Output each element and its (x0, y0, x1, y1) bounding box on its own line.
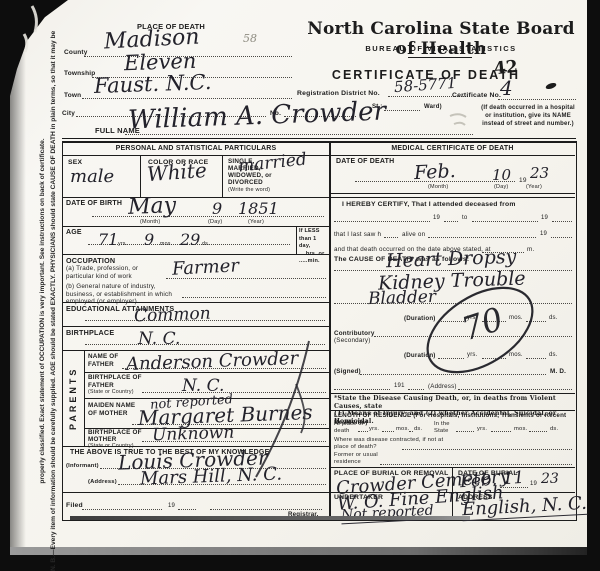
dob-day-value: 9 (212, 199, 222, 218)
age-months-value: 9 (144, 230, 154, 249)
dotted-line (210, 509, 322, 510)
dotted-line (382, 431, 394, 432)
dotted-line (360, 374, 546, 375)
age-years-value: 71 (98, 230, 118, 249)
dotted-line (92, 216, 324, 217)
certify-statement: I HEREBY CERTIFY, That I attended deceas… (342, 201, 516, 208)
dotted-line (82, 509, 162, 510)
occupation-a-label: (a) Trade, profession, or particular kin… (66, 265, 168, 280)
yrs-unit: yrs. (477, 426, 487, 432)
town-value: Faust. N.C. (94, 70, 212, 98)
in-state-label: In the State (434, 421, 460, 435)
occupation-label: OCCUPATION (66, 256, 115, 265)
dotted-line (438, 358, 464, 359)
year-prefix-191: 191 (394, 383, 405, 389)
scan-bottom-strip (10, 547, 587, 555)
occupation-value: Farmer (171, 255, 239, 279)
contributory-label: Contributory (334, 330, 375, 337)
last-saw-label: that I last saw h (334, 231, 381, 238)
birthplace-label: BIRTHPLACE (66, 328, 114, 337)
dotted-line (125, 134, 473, 135)
dotted-line (458, 389, 572, 390)
cell-divider (140, 155, 141, 197)
rule (330, 410, 575, 411)
dotted-line (182, 297, 326, 298)
day-sublabel: (Day) (494, 184, 508, 190)
mos-unit: mos. (514, 426, 527, 432)
city-label: City (62, 110, 75, 117)
margin-instructions-line1: N. B.—Every item of information should b… (48, 51, 59, 571)
ward-label: Ward) (424, 104, 442, 110)
dotted-line (491, 431, 511, 432)
rule (62, 492, 330, 493)
dotted-line (334, 221, 430, 222)
registration-district-label: Registration District No. (297, 90, 380, 97)
date-of-death-label: DATE OF DEATH (336, 158, 394, 165)
date-of-death-day: 10 (492, 166, 511, 184)
dotted-line (82, 98, 292, 99)
month-sublabel: (Month) (428, 184, 448, 190)
race-value: White (146, 158, 207, 186)
day-sublabel: (Day) (208, 219, 222, 225)
dotted-line (334, 303, 572, 304)
dotted-line (409, 431, 413, 432)
dob-year-value: 1851 (238, 199, 279, 218)
duration-label: (Duration) (404, 315, 436, 322)
father-birthplace-label: BIRTHPLACE OF FATHER (88, 374, 144, 389)
rule (62, 254, 330, 255)
yrs-unit: yrs. (118, 241, 127, 247)
scanned-death-certificate: properly classified. Exact statement of … (0, 0, 600, 571)
dotted-line (551, 237, 572, 238)
rule (84, 372, 330, 373)
year-prefix: 19 (540, 231, 547, 237)
if-less-label: If LESS than 1 day, ....hrs. or .....min… (299, 228, 329, 266)
dod-year-prefix: 19 (519, 177, 527, 184)
state-or-country-sublabel: (State or Country) (88, 389, 134, 395)
burial-date-year: 23 (541, 471, 559, 487)
duration-label: (Duration) (404, 352, 436, 359)
bottom-thick-rule (70, 516, 470, 520)
date-of-death-month: Feb. (413, 160, 456, 184)
dotted-line (334, 389, 390, 390)
at-place-label: At place of death (334, 421, 366, 435)
yrs-unit: yrs. (369, 426, 379, 432)
rule (62, 326, 330, 327)
bureau-subtitle: BUREAU OF VITAL STATISTICS (300, 44, 582, 53)
rule (330, 193, 575, 198)
informant-address-label: (Address) (88, 479, 117, 485)
mos-unit: mos. (160, 241, 172, 247)
mother-birthplace-value: Unknown (152, 423, 235, 446)
rule (408, 57, 472, 58)
dotted-line (456, 431, 474, 432)
dotted-line (529, 431, 547, 432)
birthplace-value: N. C. (138, 329, 180, 349)
county-pencil-note: 58 (243, 32, 257, 45)
rule (62, 197, 330, 198)
dotted-line (85, 344, 325, 345)
marital-sublabel: (Write the word) (228, 187, 270, 193)
dotted-line (444, 221, 458, 222)
year-prefix: 19 (541, 215, 548, 221)
filed-year-prefix: 19 (168, 503, 175, 509)
education-value: Common (134, 304, 211, 327)
dotted-line (358, 431, 368, 432)
medical-section-title: MEDICAL CERTIFICATE OF DEATH (330, 145, 575, 152)
m-label: m. (527, 246, 534, 253)
signed-label: (Signed) (334, 368, 361, 375)
secondary-label: (Secondary) (334, 337, 371, 344)
year-sublabel: (Year) (526, 184, 542, 190)
dotted-line (408, 389, 424, 390)
dob-month-value: May (128, 193, 177, 220)
year-sublabel: (Year) (248, 219, 264, 225)
certificate-no-label: Certificate No. (452, 92, 501, 99)
burial-year-prefix: 19 (530, 481, 537, 487)
mother-birthplace-label: BIRTHPLACE OF MOTHER (88, 429, 146, 443)
ds-unit: ds. (550, 426, 558, 432)
dotted-line (482, 358, 506, 359)
ds-unit: ds. (414, 426, 422, 432)
dotted-line (384, 237, 398, 238)
dotted-line (142, 392, 326, 393)
dotted-line (526, 358, 546, 359)
board-title: North Carolina State Board of Health (300, 19, 582, 59)
mos-unit: mos. (509, 352, 523, 358)
year-prefix: 19 (433, 215, 440, 221)
rule (62, 226, 330, 227)
hospital-note: (If death occurred in a hospital or inst… (478, 104, 578, 128)
dotted-line (380, 464, 572, 465)
rule (330, 155, 575, 156)
ds-unit: ds. (549, 352, 558, 358)
informant-label: (Informant) (66, 463, 99, 469)
to-label: to (462, 215, 467, 221)
town-label: Town (64, 92, 81, 99)
ds-unit: ds. (549, 315, 558, 321)
cell-divider (296, 226, 297, 254)
rule (62, 302, 330, 303)
margin-instructions-line2: properly classified. Exact statement of … (37, 51, 48, 571)
dotted-line (402, 449, 572, 450)
dob-label: DATE OF BIRTH (66, 200, 122, 207)
dotted-line (526, 321, 546, 322)
footnote-line1: *State the Disease Causing Death, or, in… (334, 395, 556, 410)
sex-label: SEX (68, 159, 82, 166)
cause-of-death-line3: Bladder (368, 287, 437, 309)
alive-on-label: alive on (402, 231, 425, 238)
township-label: Township (64, 70, 95, 77)
dotted-line (428, 237, 536, 238)
dotted-line (500, 487, 528, 488)
signed-address-label: (Address) (428, 383, 457, 390)
dotted-line (384, 110, 420, 111)
date-of-death-year: 23 (530, 164, 549, 182)
county-label: County (64, 49, 88, 56)
dotted-line (178, 509, 196, 510)
parents-label: PARENTS (62, 350, 84, 446)
cell-divider (222, 155, 223, 197)
filed-label: Filed (66, 502, 83, 509)
margin-instructions: properly classified. Exact statement of … (37, 51, 63, 571)
month-sublabel: (Month) (140, 219, 160, 225)
dotted-line (472, 221, 538, 222)
mos-unit: mos. (509, 315, 523, 321)
age-label: AGE (66, 229, 82, 236)
sex-value: male (70, 166, 114, 187)
mos-unit: mos. (396, 426, 409, 432)
rule (330, 393, 575, 394)
md-label: M. D. (550, 368, 566, 375)
yrs-unit: yrs. (467, 352, 477, 358)
ds-unit: ds. (202, 241, 210, 247)
former-residence-label: Former or usual residence (334, 452, 378, 466)
dotted-line (552, 221, 572, 222)
certificate-no-value: 4 (500, 76, 513, 100)
age-days-value: 29 (180, 230, 200, 249)
